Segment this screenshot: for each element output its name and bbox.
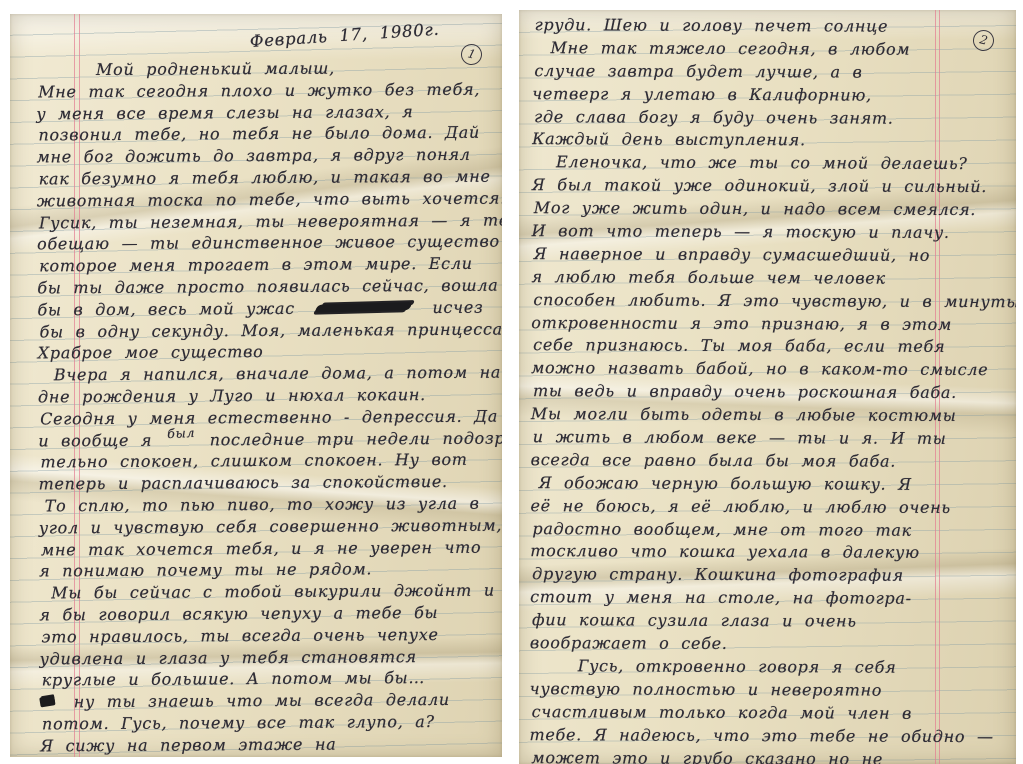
text-before-insertion: и вообще я — [38, 430, 152, 450]
handwriting-line: тельно спокоен, слишком спокоен. Ну вот — [38, 449, 498, 474]
handwriting-line: ты ведь и вправду очень роскошная баба. — [531, 380, 946, 405]
handwriting-line: Я сижу на первом этаже на — [40, 732, 500, 757]
paragraph: потом. Гусь, почему все так глупо, а?Я с… — [40, 710, 500, 756]
handwriting-line: Вчера я напился, вначале дома, а потом н… — [38, 362, 498, 387]
text-after-insertion: последние три недели подозри- — [210, 428, 502, 449]
handwriting-line: груди. Шею и голову печет солнце — [533, 14, 948, 39]
handwriting-line: угол и чувствую себя совершенно животным… — [39, 514, 499, 539]
handwriting-line: обещаю — ты единственное живое существо — [37, 231, 497, 256]
handwriting-line: бы ты даже просто появилась сейчас, вошл… — [37, 275, 497, 300]
handwriting-line: потом. Гусь, почему все так глупо, а? — [40, 710, 500, 735]
inserted-word-above-line: был — [167, 422, 196, 445]
handwriting-line: Я наверное и вправду сумасшедший, но — [532, 243, 947, 268]
handwriting-line: у меня все время слезы на глазах, я — [36, 100, 496, 125]
handwriting-line: Храброе мое существо — [38, 340, 498, 365]
handwriting-line: можно назвать бабой, но в каком-то смысл… — [531, 357, 946, 382]
handwriting-line: круглые и большие. А потом мы бы… — [40, 667, 500, 692]
handwriting-line: и жить в любом веке — ты и я. И ты — [531, 426, 946, 451]
handwriting-line: Мы могли быть одеты в любые костюмы — [531, 403, 946, 428]
crossed-out-scribble — [315, 302, 413, 313]
handwriting-line: я бы говорил всякую чепуху а тебе бы — [39, 602, 499, 627]
handwriting-line: мне бог дожить до завтра, я вдруг понял — [36, 144, 496, 169]
handwriting-line-with-crossout: бы в дом, весь мой ужас исчез — [37, 296, 497, 321]
handwriting-line: дне рождения у Луго и нюхал кокаин. — [38, 384, 498, 409]
ink-blot — [39, 695, 55, 707]
handwriting-line: Каждый день выступления. — [532, 129, 947, 154]
text-before-crossout: бы в дом, весь мой ужас — [37, 299, 295, 320]
handwriting-line: другую страну. Кошкина фотография — [530, 563, 945, 588]
handwriting-line: Гусик, ты неземная, ты невероятная — я т… — [37, 209, 497, 234]
handwriting-line: Мне так сегодня плохо и жутко без тебя, — [36, 78, 496, 103]
handwriting-line: тебе. Я надеюсь, что это тебе не обидно … — [529, 724, 944, 749]
handwriting-line: мне так хочется тебя, и я не уверен что — [39, 536, 499, 561]
handwriting-line: Сегодня у меня естественно - депрессия. … — [38, 405, 498, 430]
handwriting-line: где слава богу я буду очень занят. — [532, 106, 947, 131]
handwriting-line: То сплю, то пью пиво, то хожу из угла в — [39, 493, 499, 518]
paragraph: бы в одну секунду. Моя, маленькая принце… — [38, 318, 499, 430]
handwriting-line: всегда все равно была бы моя баба. — [531, 449, 946, 474]
handwriting-line: радостно вообщем, мне от того так — [530, 518, 945, 543]
handwriting-line: чувствую полностью и невероятно — [530, 678, 945, 703]
handwriting-line: животная тоска по тебе, что выть хочется… — [37, 187, 497, 212]
page-number-badge: 2 — [971, 28, 996, 53]
handwriting-line: я понимаю почему ты не рядом. — [39, 558, 499, 583]
handwriting-line: может это и грубо сказано но не — [529, 747, 944, 764]
handwriting-line: стоит у меня на столе, на фотогра- — [530, 586, 945, 611]
page2-handwriting: груди. Шею и голову печет солнцеМне так … — [529, 14, 947, 764]
handwriting-line: удивлена и глаза у тебя становятся — [40, 645, 500, 670]
handwriting-line: её не боюсь, я её люблю, и люблю очень — [530, 495, 945, 520]
handwriting-line: И вот что теперь — я тоскую и плачу. — [532, 220, 947, 245]
handwriting-line: бы в одну секунду. Моя, маленькая принце… — [38, 318, 498, 343]
letter-page-1: 1 Февраль 17, 1980г. Мой родненький малы… — [10, 14, 502, 757]
scanned-letter-background: { "colors":{"paper":"#e9e0c3","ink":"#2e… — [0, 0, 1023, 764]
handwriting-line: фии кошка сузила глаза и очень — [530, 609, 945, 634]
handwriting-line-with-insertion: и вообще я был последние три недели подо… — [38, 427, 498, 452]
handwriting-line: случае завтра будет лучше, а в — [532, 60, 947, 85]
handwriting-line: себе признаюсь. Ты моя баба, если тебя — [531, 335, 946, 360]
blot-line-text: ну ты знаешь что мы всегда делали — [74, 690, 450, 711]
page1-handwriting: Февраль 17, 1980г. Мой родненький малыш,… — [36, 27, 500, 757]
handwriting-line: способен любить. Я это чувствую, и в мин… — [531, 289, 946, 314]
handwriting-line: тоскливо что кошка уехала в далекую — [530, 541, 945, 566]
handwriting-line: четверг я улетаю в Калифорнию, — [532, 83, 947, 108]
letter-page-2: 2 груди. Шею и голову печет солнцеМне та… — [519, 10, 1016, 764]
page2-body: груди. Шею и голову печет солнцеМне так … — [529, 14, 947, 764]
handwriting-line: Мог уже жить один, и надо всем смеялся. — [532, 197, 947, 222]
handwriting-line: это нравилось, ты всегда очень чепухе — [39, 623, 499, 648]
handwriting-line: воображает о себе. — [530, 632, 945, 657]
text-after-crossout: исчез — [432, 297, 483, 316]
handwriting-line: откровенности я это признаю, я в этом — [531, 312, 946, 337]
paragraph: тельно спокоен, слишком спокоен. Ну вотт… — [38, 449, 499, 692]
handwriting-line: Гусь, откровенно говоря я себя — [530, 655, 945, 680]
handwriting-line: теперь и расплачиваюсь за спокойствие. — [38, 471, 498, 496]
handwriting-line: Я обожаю черную большую кошку. Я — [531, 472, 946, 497]
handwriting-line: счастливым только когда мой член в — [530, 701, 945, 726]
handwriting-line: как безумно я тебя люблю, и такая во мне — [37, 166, 497, 191]
paragraph: Мне так сегодня плохо и жутко без тебя,у… — [36, 78, 497, 299]
handwriting-line: Мне так тяжело сегодня, в любом — [532, 37, 947, 62]
handwriting-line: которое меня трогает в этом мире. Если — [37, 253, 497, 278]
handwriting-line: я люблю тебя больше чем человек — [531, 266, 946, 291]
handwriting-line: Еленочка, что же ты со мной делаешь? — [532, 151, 947, 176]
handwriting-line-with-blot: ну ты знаешь что мы всегда делали — [40, 689, 500, 714]
handwriting-line: позвонил тебе, но тебя не было дома. Дай — [36, 122, 496, 147]
handwriting-line: Мы бы сейчас с тобой выкурили джойнт и — [39, 580, 499, 605]
handwriting-line: Я был такой уже одинокий, злой и сильный… — [532, 174, 947, 199]
